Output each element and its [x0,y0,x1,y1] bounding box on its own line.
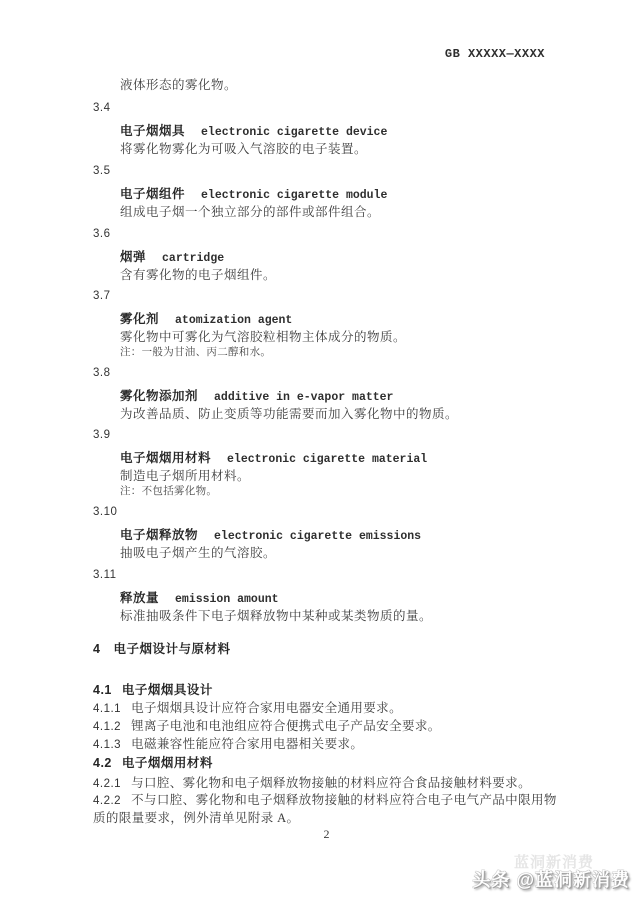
clause-number: 4.1.3 [93,739,121,751]
term-number: 3.4 [93,101,560,115]
term-definition: 雾化物中可雾化为气溶胶粒相物主体成分的物质。 [120,329,560,345]
term-section-3-10: 3.10 电子烟释放物 electronic cigarette emissio… [93,505,560,561]
term-note: 注：不包括雾化物。 [120,484,560,499]
clause-number: 4.1.2 [93,721,121,733]
document-page: GB XXXXX—XXXX 液体形态的雾化物。 3.4 电子烟烟具 electr… [0,0,640,905]
term-number: 3.11 [93,568,560,582]
page-content: 液体形态的雾化物。 3.4 电子烟烟具 electronic cigarette… [93,0,560,905]
term-number: 3.9 [93,428,560,442]
term-section-3-9: 3.9 电子烟烟用材料 electronic cigarette materia… [93,428,560,499]
term-english: additive in e-vapor matter [214,391,393,404]
term-chinese: 电子烟烟具 [120,124,185,138]
term-english: electronic cigarette emissions [214,530,421,543]
toutiao-watermark: 头条 @蓝洞新消费 [472,866,630,892]
term-section-3-7: 3.7 雾化剂 atomization agent 雾化物中可雾化为气溶胶粒相物… [93,289,560,360]
term-english: electronic cigarette device [201,126,387,139]
term-section-3-8: 3.8 雾化物添加剂 additive in e-vapor matter 为改… [93,366,560,422]
clause-4-2-2: 4.2.2不与口腔、雾化物和电子烟释放物接触的材料应符合电子电气产品中限用物质的… [93,792,560,826]
term-number: 3.5 [93,164,560,178]
term-definition: 为改善品质、防止变质等功能需要而加入雾化物中的物质。 [120,406,560,422]
page-number: 2 [93,827,560,842]
term-chinese: 电子烟释放物 [120,528,198,542]
term-definition: 制造电子烟所用材料。 [120,468,560,484]
term-chinese: 雾化剂 [120,312,159,326]
term-chinese: 雾化物添加剂 [120,389,198,403]
term-section-3-6: 3.6 烟弹 cartridge 含有雾化物的电子烟组件。 [93,227,560,283]
term-chinese: 释放量 [120,591,159,605]
clause-text: 不与口腔、雾化物和电子烟释放物接触的材料应符合电子电气产品中限用物质的限量要求，… [93,793,557,825]
chapter-heading: 4电子烟设计与原材料 [93,639,230,657]
term-section-3-5: 3.5 电子烟组件 electronic cigarette module 组成… [93,164,560,220]
term-definition: 标准抽吸条件下电子烟释放物中某种或某类物质的量。 [120,608,560,624]
section-heading-4-2: 4.2电子烟烟用材料 [93,753,213,771]
term-definition: 抽吸电子烟产生的气溶胶。 [120,545,560,561]
term-english: electronic cigarette material [227,453,427,466]
term-number: 3.6 [93,227,560,241]
clause-text: 电子烟烟具设计应符合家用电器安全通用要求。 [131,701,402,715]
section-heading-4-1: 4.1电子烟烟具设计 [93,680,213,698]
term-definition: 含有雾化物的电子烟组件。 [120,267,560,283]
clause-list-4-1: 4.1.1电子烟烟具设计应符合家用电器安全通用要求。 4.1.2锂离子电池和电池… [93,700,560,754]
continuation-text: 液体形态的雾化物。 [120,75,237,93]
clause-text: 与口腔、雾化物和电子烟释放物接触的材料应符合食品接触材料要求。 [131,776,531,790]
clause-4-1-1: 4.1.1电子烟烟具设计应符合家用电器安全通用要求。 [93,700,560,718]
term-chinese: 电子烟烟用材料 [120,451,211,465]
clause-4-1-2: 4.1.2锂离子电池和电池组应符合便携式电子产品安全要求。 [93,718,560,736]
chapter-title: 电子烟设计与原材料 [113,642,230,656]
term-english: electronic cigarette module [201,189,387,202]
term-definition: 组成电子烟一个独立部分的部件或部件组合。 [120,204,560,220]
term-chinese: 电子烟组件 [120,187,185,201]
term-number: 3.10 [93,505,560,519]
term-english: emission amount [175,593,279,606]
clause-text: 电磁兼容性能应符合家用电器相关要求。 [131,737,363,751]
term-section-3-4: 3.4 电子烟烟具 electronic cigarette device 将雾… [93,101,560,157]
term-number: 3.8 [93,366,560,380]
clause-number: 4.1.1 [93,703,121,715]
term-definition: 将雾化物雾化为可吸入气溶胶的电子装置。 [120,141,560,157]
term-english: cartridge [162,252,224,265]
section-title: 电子烟烟具设计 [122,683,213,697]
term-english: atomization agent [175,314,292,327]
clause-number: 4.2.1 [93,778,121,790]
term-note: 注：一般为甘油、丙二醇和水。 [120,345,560,360]
section-title: 电子烟烟用材料 [122,756,213,770]
term-chinese: 烟弹 [120,250,146,264]
clause-4-1-3: 4.1.3电磁兼容性能应符合家用电器相关要求。 [93,736,560,754]
term-number: 3.7 [93,289,560,303]
section-number: 4.1 [93,683,112,697]
clause-list-4-2: 4.2.1与口腔、雾化物和电子烟释放物接触的材料应符合食品接触材料要求。 [93,775,560,793]
section-number: 4.2 [93,756,112,770]
term-section-3-11: 3.11 释放量 emission amount 标准抽吸条件下电子烟释放物中某… [93,568,560,624]
clause-text: 锂离子电池和电池组应符合便携式电子产品安全要求。 [131,719,441,733]
chapter-number: 4 [93,642,100,656]
clause-number: 4.2.2 [93,795,121,807]
clause-4-2-1: 4.2.1与口腔、雾化物和电子烟释放物接触的材料应符合食品接触材料要求。 [93,775,560,793]
